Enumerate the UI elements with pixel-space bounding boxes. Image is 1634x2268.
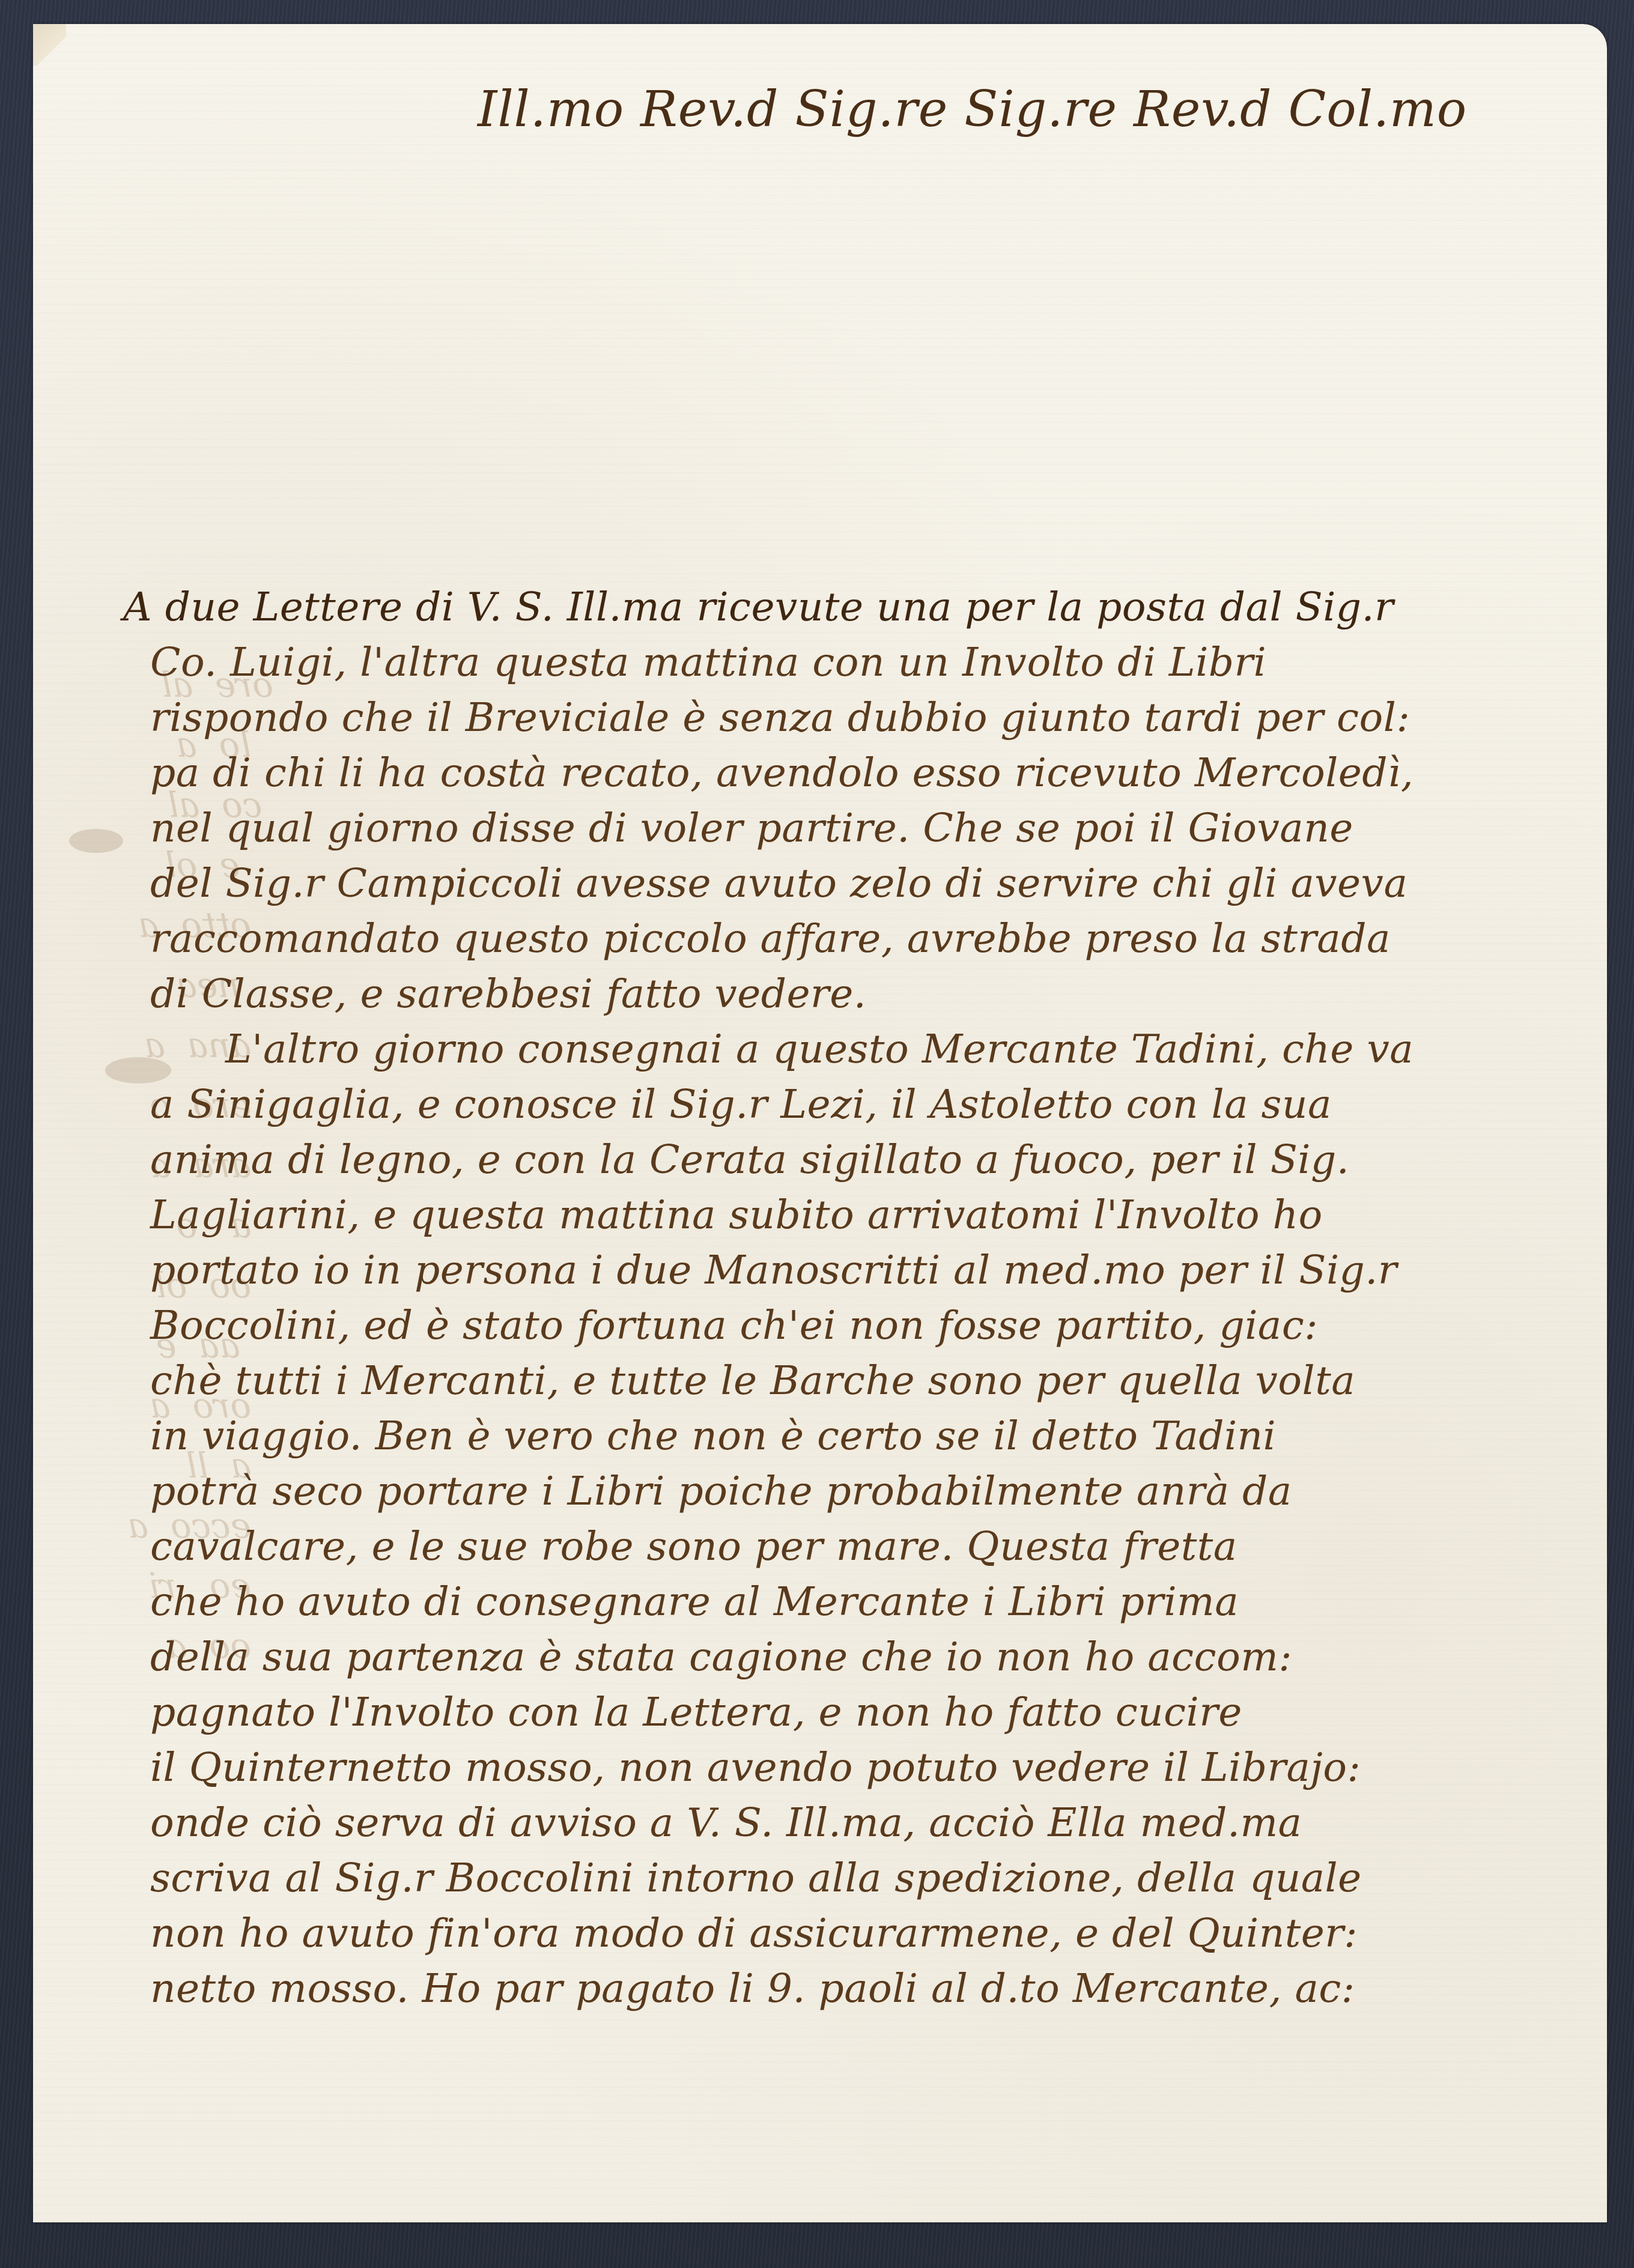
letter-line: Boccolini, ed è stato fortuna ch'ei non … [123,1298,1601,1353]
letter-line: scriva al Sig.r Boccolini intorno alla s… [123,1851,1601,1906]
letter-line: del Sig.r Campiccoli avesse avuto zelo d… [123,856,1601,911]
letter-line: onde ciò serva di avviso a V. S. Ill.ma,… [123,1795,1601,1851]
letter-line: nel qual giorno disse di voler partire. … [123,801,1601,856]
letter-line: il Quinternetto mosso, non avendo potuto… [123,1740,1601,1795]
letter-line: netto mosso. Ho par pagato li 9. paoli a… [123,1961,1601,2016]
letter-line: raccomandato questo piccolo affare, avre… [123,911,1601,966]
letter-line: a Sinigaglia, e conosce il Sig.r Lezi, i… [123,1077,1601,1132]
manuscript-page: ore al lo a co al e ol otto a nea ana a … [33,24,1607,2222]
letter-line: Lagliarini, e questa mattina subito arri… [123,1187,1601,1243]
salutation-heading: Ill.mo Rev.d Sig.re Sig.re Rev.d Col.mo [478,81,1467,138]
letter-body: A due Lettere di V. S. Ill.ma ricevute u… [123,580,1601,2016]
letter-line: di Classe, e sarebbesi fatto vedere. [123,966,1601,1022]
letter-line: in viaggio. Ben è vero che non è certo s… [123,1408,1601,1464]
letter-line: non ho avuto fin'ora modo di assicurarme… [123,1906,1601,1961]
letter-line: che ho avuto di consegnare al Mercante i… [123,1574,1601,1630]
letter-line: portato io in persona i due Manoscritti … [123,1243,1601,1298]
ink-stain [69,829,123,853]
letter-line: rispondo che il Breviciale è senza dubbi… [123,690,1601,745]
letter-line: A due Lettere di V. S. Ill.ma ricevute u… [123,580,1601,635]
letter-line: anima di legno, e con la Cerata sigillat… [123,1132,1601,1187]
letter-line: della sua partenza è stata cagione che i… [123,1630,1601,1685]
letter-line: potrà seco portare i Libri poiche probab… [123,1464,1601,1519]
letter-line: cavalcare, e le sue robe sono per mare. … [123,1519,1601,1574]
letter-line: L'altro giorno consegnai a questo Mercan… [123,1022,1601,1077]
letter-line: Co. Luigi, l'altra questa mattina con un… [123,635,1601,690]
letter-line: pagnato l'Involto con la Lettera, e non … [123,1685,1601,1740]
folded-corner [33,24,66,66]
letter-line: chè tutti i Mercanti, e tutte le Barche … [123,1353,1601,1408]
letter-line: pa di chi li ha costà recato, avendolo e… [123,745,1601,801]
